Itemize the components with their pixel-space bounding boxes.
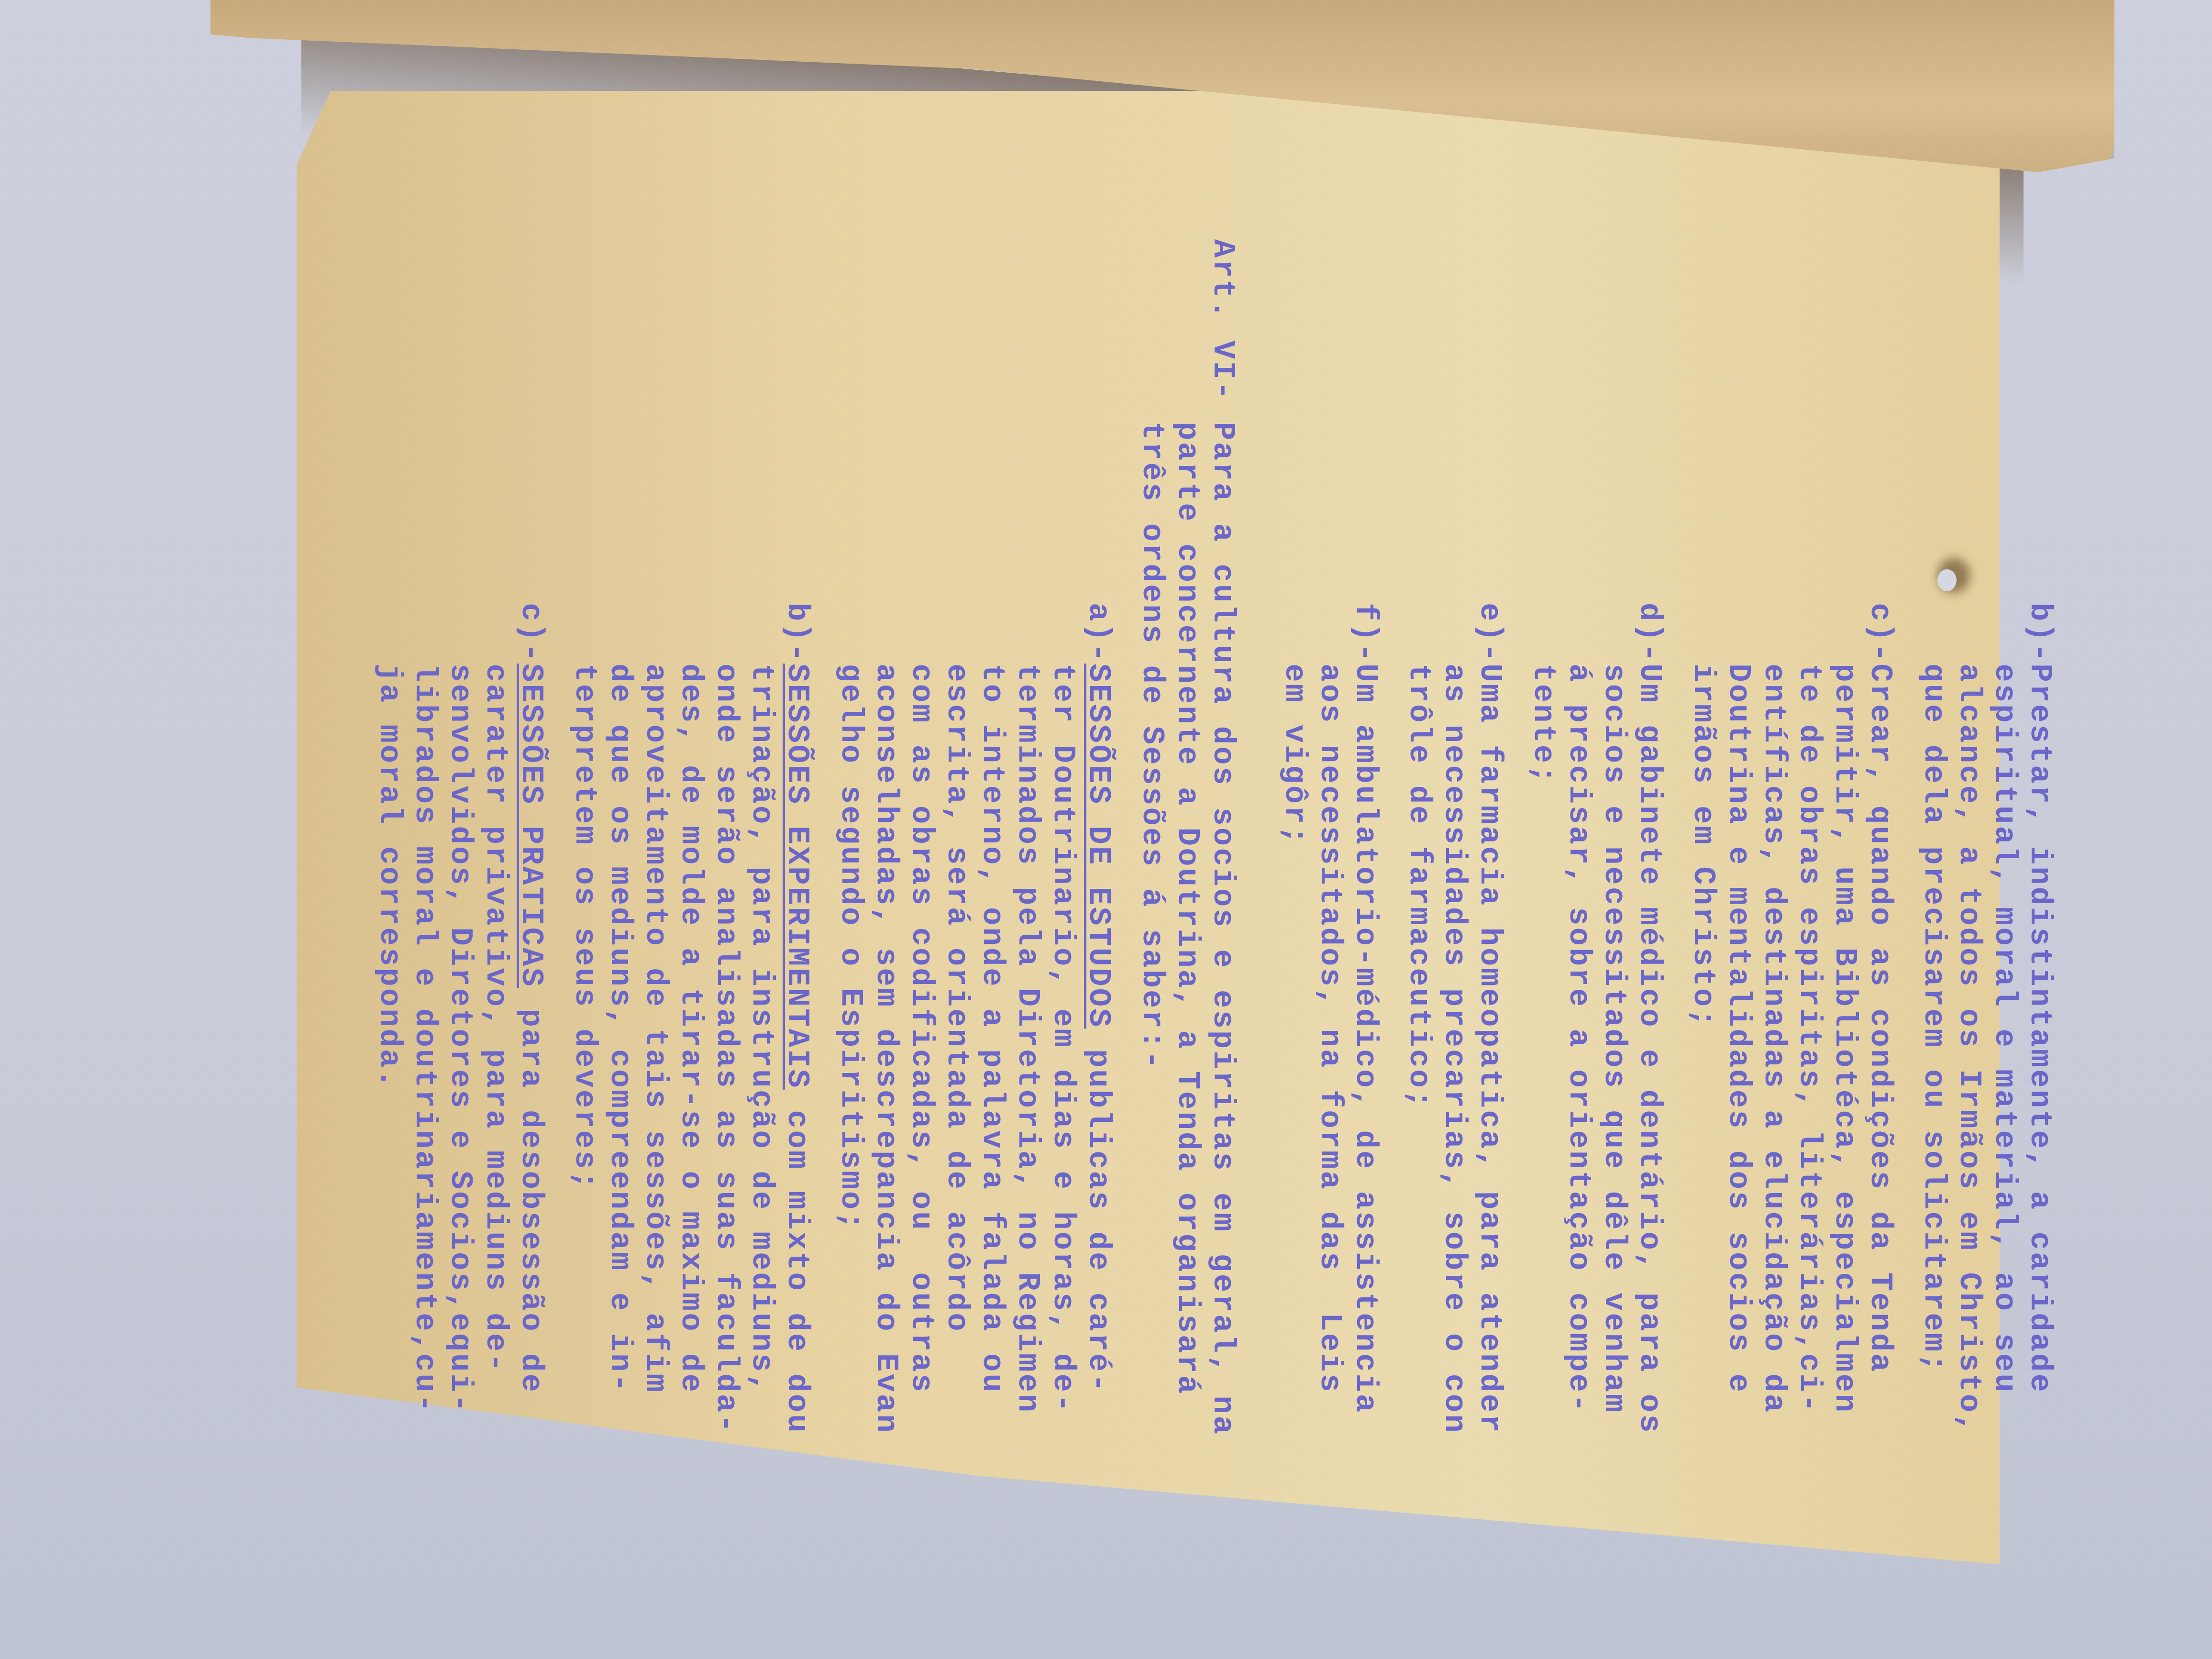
article-line: Art. VI- Para a cultura dos socios e esp… [1205,239,1240,1512]
punch-hole [1937,569,1957,591]
item-c-line: te de obras espiritas, literárias,ci- [1791,603,1826,1512]
spacer [548,603,566,1512]
item-b2-line: aproveitamento de tais sessões, afim [637,603,673,1512]
item-a-line: ter Doutrinario, em dias e horas, de- [1045,603,1080,1512]
item-c2-line: c)-SESSÕES PRATICAS para desobsessão de [513,603,548,1512]
typed-text-block: b)-Prestar, indistintamente, a caridade … [353,603,2057,1512]
item-a-line: a)-SESSÕES DE ESTUDOS publicas de caré- [1080,603,1116,1512]
item-text: publicas de caré- [1081,1029,1115,1394]
item-e-line: trôle de farmaceutico; [1401,603,1436,1512]
item-b-line: que dela precisarem ou solicitarem; [1915,603,1951,1512]
article-line: parte concernente a Doutrina, a Tenda or… [1169,239,1205,1512]
item-b2-line: trinação, para instrução de mediuns, [743,603,779,1512]
item-c-line: entíficas, destinadas a elucidação da [1756,603,1791,1512]
item-f-line: f)-Um ambulatorio-médico, de assistencia [1347,603,1382,1512]
item-b2-line: terpretem os seus deveres; [566,603,602,1512]
spacer [814,603,832,1512]
article-vi: Art. VI- Para a cultura dos socios e esp… [1134,239,1240,1512]
item-f-line: em vigôr; [1276,603,1312,1512]
item-b-line: b)-Prestar, indistintamente, a caridade [2022,603,2057,1512]
item-title: SESSÕES PRATICAS [513,664,548,988]
item-text: com mixto de dou [779,1090,814,1435]
item-prefix: b)- [779,603,814,664]
item-e-line: as necessidades precarias, sobre o con [1436,603,1471,1512]
item-d-line: d)-Um gabinete médico e dentário, para o… [1631,603,1667,1512]
spacer [1667,603,1685,1512]
item-a-line: terminados pela Diretoria, no Regimen [1009,603,1045,1512]
item-b2-line: onde serão analisadas as suas faculda- [708,603,743,1512]
item-c-line: Doutrina e mentalidades dos socios e [1720,603,1756,1512]
item-a-line: to interno, onde a palavra falada ou [974,603,1009,1512]
item-text: para desobsessão de [513,988,548,1394]
item-a-line: gelho segundo o Espiritismo; [832,603,868,1512]
item-d-line: tente; [1525,603,1560,1512]
spacer [1897,603,1915,1512]
item-title: SESSÕES EXPERIMENTAIS [779,664,814,1090]
item-c2-line: ja moral corresponda. [371,603,407,1512]
spacer [1382,603,1401,1512]
item-title: SESSÕES DE ESTUDOS [1081,664,1115,1029]
item-d-line: socios e necessitados que dêle venham [1596,603,1631,1512]
item-b-line: alcance, a todos os Irmãos em Christo, [1951,603,1986,1512]
item-f-line: aos necessitados, na forma das Leis [1312,603,1347,1512]
item-b2-line: de que os mediuns, compreendam e in- [602,603,637,1512]
item-c-line: irmãos em Christo; [1685,603,1720,1512]
item-c2-line: carater privativo, para mediuns de- [477,603,513,1512]
item-prefix: c)- [513,603,548,664]
spacer [1258,603,1276,1512]
item-b-line: espiritual, moral e material, ao seu [1986,603,2022,1512]
spacer [1116,603,1134,1512]
item-e-line: e)-Uma farmacia homeopatica, para atende… [1471,603,1507,1512]
item-a-line: aconselhadas, sem descrepancia do Evan [868,603,903,1512]
item-b2-line: des, de molde a tirar-se o maximo de [673,603,708,1512]
item-b2-line: b)-SESSÕES EXPERIMENTAIS com mixto de do… [779,603,814,1512]
item-c-line: permitir, uma Bibliotéca, especialmen [1826,603,1862,1512]
spacer [1507,603,1525,1512]
item-c2-line: senvolvidos, Diretores e Socios,equi- [442,603,477,1512]
article-line: três ordens de Sessões á saber:- [1134,239,1169,1512]
spacer [1240,603,1258,1512]
item-d-line: á precisar, sobre a orientação compe- [1560,603,1596,1512]
item-prefix: a)- [1081,603,1115,664]
item-a-line: escrita, será orientada de acôrdo [939,603,974,1512]
item-c-line: c)-Crear, quando as condições da Tenda [1862,603,1897,1512]
item-a-line: com as obras codificadas, ou outras [903,603,939,1512]
spacer [353,603,371,1512]
item-c2-line: librados moral e doutrinariamente,cu- [407,603,442,1512]
